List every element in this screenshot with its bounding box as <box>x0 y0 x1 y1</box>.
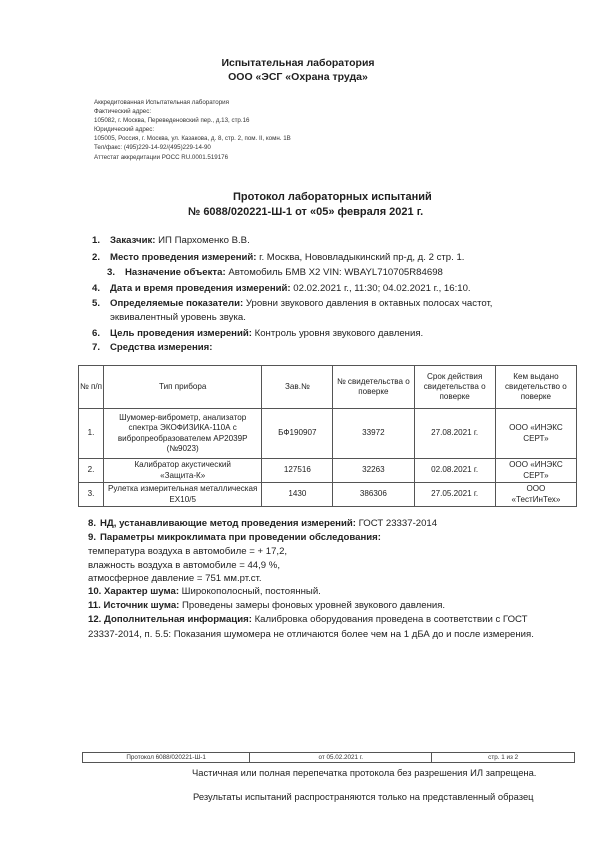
cell: 33972 <box>333 409 414 459</box>
accreditation-block: Аккредитованная Испытательная лаборатори… <box>94 98 291 162</box>
accreditation-line: 105005, Россия, г. Москва, ул. Казакова,… <box>94 134 291 143</box>
item-value: 02.02.2021 г., 11:30; 04.02.2021 г., 16:… <box>291 283 471 294</box>
item-label: НД, устанавливающие метод проведения изм… <box>100 518 356 529</box>
accreditation-line: Аккредитованная Испытательная лаборатори… <box>94 98 291 107</box>
item-number: 9. <box>88 531 100 544</box>
item-number: 7. <box>92 341 110 354</box>
table-row: 1. Шумомер-виброметр, анализатор спектра… <box>79 409 577 459</box>
item-purpose: 6.Цель проведения измерений: Контроль ур… <box>92 327 423 340</box>
item-noise-source: 11. Источник шума: Проведены замеры фоно… <box>88 599 445 612</box>
item-value: Проведены замеры фоновых уровней звуково… <box>179 600 445 611</box>
cell: 27.08.2021 г. <box>414 409 495 459</box>
cell: ООО «ИНЭКС СЕРТ» <box>495 409 576 459</box>
accreditation-line: Аттестат аккредитации РОСС RU.0001.51917… <box>94 153 291 162</box>
item-number: 10. <box>88 586 101 597</box>
footer-protocol-ref: Протокол 6088/020221-Ш-1 <box>83 753 250 763</box>
item-label: Определяемые показатели: <box>110 298 243 309</box>
accreditation-line: Юридический адрес: <box>94 125 291 134</box>
cell: Рулетка измерительная металлическая EX10… <box>104 483 262 507</box>
item-indicators-cont: эквивалентный уровень звука. <box>110 311 246 324</box>
cell: 3. <box>79 483 104 507</box>
humidity-value: влажность воздуха в автомобиле = 44,9 %, <box>88 559 287 573</box>
cell: 386306 <box>333 483 414 507</box>
footer-reprint-note: Частичная или полная перепечатка протоко… <box>192 767 536 778</box>
item-label: Назначение объекта: <box>125 267 226 278</box>
cell: ООО «ИНЭКС СЕРТ» <box>495 459 576 483</box>
item-indicators: 5.Определяемые показатели: Уровни звуков… <box>92 297 562 310</box>
item-datetime: 4.Дата и время проведения измерений: 02.… <box>92 282 471 295</box>
item-microclimate: 9.Параметры микроклимата при проведении … <box>88 531 381 544</box>
accreditation-line: Фактический адрес: <box>94 107 291 116</box>
cell: 32263 <box>333 459 414 483</box>
item-label: Дата и время проведения измерений: <box>110 283 291 294</box>
item-method: 8.НД, устанавливающие метод проведения и… <box>88 517 437 530</box>
item-noise-character: 10. Характер шума: Широкополосный, посто… <box>88 585 321 598</box>
lab-name-line1: Испытательная лаборатория <box>0 56 596 70</box>
item-additional-info-cont: 23337-2014, п. 5.5: Показания шумомера н… <box>88 628 534 641</box>
item-number: 6. <box>92 327 110 340</box>
microclimate-values: температура воздуха в автомобиле = + 17,… <box>88 545 287 586</box>
item-value: Уровни звукового давления в октавных пол… <box>243 298 492 309</box>
temperature-value: температура воздуха в автомобиле = + 17,… <box>88 545 287 559</box>
header-type: Тип прибора <box>104 366 262 409</box>
item-label: Характер шума: <box>104 586 179 597</box>
item-value: Калибровка оборудования проведена в соот… <box>252 614 528 625</box>
footer-results-note: Результаты испытаний распространяются то… <box>193 791 534 802</box>
item-number: 5. <box>92 297 110 310</box>
lab-header: Испытательная лаборатория ООО «ЭСГ «Охра… <box>0 56 596 84</box>
item-label: Средства измерения: <box>110 342 212 353</box>
header-cert-issuer: Кем выдано свидетельство о поверке <box>495 366 576 409</box>
footer-page-number: стр. 1 из 2 <box>432 753 575 763</box>
cell: 2. <box>79 459 104 483</box>
item-additional-info: 12. Дополнительная информация: Калибровк… <box>88 613 562 626</box>
item-value: Контроль уровня звукового давления. <box>252 328 423 339</box>
cell: 02.08.2021 г. <box>414 459 495 483</box>
item-number: 2. <box>92 251 110 264</box>
item-label: Дополнительная информация: <box>104 614 252 625</box>
cell: Шумомер-виброметр, анализатор спектра ЭК… <box>104 409 262 459</box>
table-row: 2. Калибратор акустический «Защита-К» 12… <box>79 459 577 483</box>
table-row: 3. Рулетка измерительная металлическая E… <box>79 483 577 507</box>
protocol-number: № 6088/020221-Ш-1 от «05» февраля 2021 г… <box>0 205 596 220</box>
cell: 1. <box>79 409 104 459</box>
footer-date: от 05.02.2021 г. <box>250 753 432 763</box>
item-instruments: 7.Средства измерения: <box>92 341 212 354</box>
table-header-row: № п/п Тип прибора Зав.№ № свидетельства … <box>79 366 577 409</box>
lab-name-line2: ООО «ЭСГ «Охрана труда» <box>0 70 596 84</box>
protocol-title: Протокол лабораторных испытаний № 6088/0… <box>0 190 596 220</box>
cell: 1430 <box>262 483 333 507</box>
header-num: № п/п <box>79 366 104 409</box>
item-label: Место проведения измерений: <box>110 252 256 263</box>
cell: ООО «ТестИнТех» <box>495 483 576 507</box>
item-number: 8. <box>88 517 100 530</box>
header-cert-num: № свидетельства о поверке <box>333 366 414 409</box>
pressure-value: атмосферное давление = 751 мм.рт.ст. <box>88 572 287 586</box>
accreditation-line: 105082, г. Москва, Переведеновский пер.,… <box>94 116 291 125</box>
cell: Калибратор акустический «Защита-К» <box>104 459 262 483</box>
item-object: 3.Назначение объекта: Автомобиль БМВ Х2 … <box>107 266 443 279</box>
item-number: 11. <box>88 600 101 611</box>
item-number: 3. <box>107 266 125 279</box>
item-number: 1. <box>92 234 110 247</box>
item-location: 2.Место проведения измерений: г. Москва,… <box>92 251 464 264</box>
item-value: Широкополосный, постоянный. <box>179 586 321 597</box>
item-value: Автомобиль БМВ Х2 VIN: WBAYL710705R84698 <box>226 267 443 278</box>
accreditation-line: Тел/факс: (495)229-14-92/(495)229-14-90 <box>94 143 291 152</box>
item-value: ГОСТ 23337-2014 <box>356 518 437 529</box>
item-number: 12. <box>88 614 101 625</box>
equipment-table: № п/п Тип прибора Зав.№ № свидетельства … <box>78 365 577 507</box>
page-footer-table: Протокол 6088/020221-Ш-1 от 05.02.2021 г… <box>82 752 575 763</box>
header-cert-validity: Срок действия свидетельства о поверке <box>414 366 495 409</box>
item-value: г. Москва, Нововладыкинский пр-д, д. 2 с… <box>256 252 464 263</box>
protocol-title-line: Протокол лабораторных испытаний <box>0 190 596 205</box>
item-label: Цель проведения измерений: <box>110 328 252 339</box>
item-label: Источник шума: <box>103 600 179 611</box>
cell: 127516 <box>262 459 333 483</box>
item-label: Параметры микроклимата при проведении об… <box>100 532 381 543</box>
item-customer: 1.Заказчик: ИП Пархоменко В.В. <box>92 234 250 247</box>
item-number: 4. <box>92 282 110 295</box>
item-label: Заказчик: <box>110 235 155 246</box>
item-value: ИП Пархоменко В.В. <box>155 235 249 246</box>
header-serial: Зав.№ <box>262 366 333 409</box>
cell: 27.05.2021 г. <box>414 483 495 507</box>
cell: БФ190907 <box>262 409 333 459</box>
